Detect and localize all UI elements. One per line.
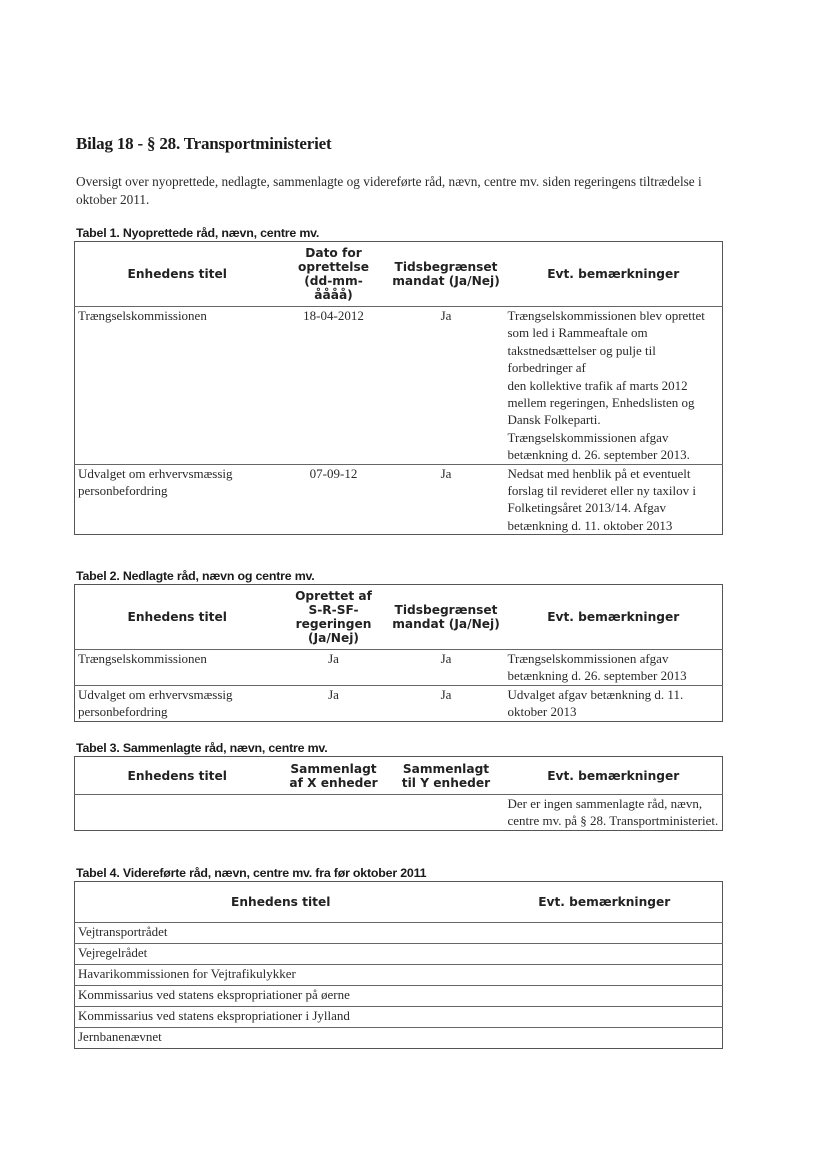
table-continued-units: Enhedens titel Evt. bemærkninger Vejtran… (74, 881, 723, 1049)
table-row: Udvalget om erhvervsmæssig personbefordr… (75, 464, 723, 535)
col-header-merged-to: Sammenlagt til Y enheder (388, 757, 505, 795)
cell-title: Trængselskommissionen (75, 650, 280, 686)
table-row: Der er ingen sammenlagte råd, nævn, cent… (75, 795, 723, 831)
cell-merged-from (280, 795, 388, 831)
cell-title: Udvalget om erhvervsmæssig personbefordr… (75, 685, 280, 721)
cell-mandate: Ja (388, 307, 505, 465)
cell-remarks (487, 1007, 723, 1028)
cell-remarks: Udvalget afgav betænkning d. 11. oktober… (505, 685, 723, 721)
table-row: Havarikommissionen for Vejtrafikulykker (75, 965, 723, 986)
cell-title: Jernbanenævnet (75, 1028, 487, 1049)
col-header-remarks: Evt. bemærkninger (505, 585, 723, 650)
table-header-row: Enhedens titel Evt. bemærkninger (75, 882, 723, 923)
cell-remarks (487, 986, 723, 1007)
intro-paragraph: Oversigt over nyoprettede, nedlagte, sam… (76, 173, 726, 209)
table1-caption: Tabel 1. Nyoprettede råd, nævn, centre m… (76, 226, 319, 240)
cell-title: Havarikommissionen for Vejtrafikulykker (75, 965, 487, 986)
table4-caption: Tabel 4. Videreførte råd, nævn, centre m… (76, 866, 426, 880)
col-header-mandate: Tidsbegrænset mandat (Ja/Nej) (388, 242, 505, 307)
cell-date: 07-09-12 (280, 464, 388, 535)
cell-title: Vejregelrådet (75, 944, 487, 965)
cell-date: 18-04-2012 (280, 307, 388, 465)
table-header-row: Enhedens titel Oprettet af S-R-SF-regeri… (75, 585, 723, 650)
cell-remarks (487, 923, 723, 944)
page-title: Bilag 18 - § 28. Transportministeriet (76, 134, 331, 154)
col-header-remarks: Evt. bemærkninger (505, 242, 723, 307)
col-header-title: Enhedens titel (75, 585, 280, 650)
table-row: Udvalget om erhvervsmæssig personbefordr… (75, 685, 723, 721)
col-header-date: Dato for oprettelse (dd-mm-åååå) (280, 242, 388, 307)
table-header-row: Enhedens titel Sammenlagt af X enheder S… (75, 757, 723, 795)
table-row: Vejregelrådet (75, 944, 723, 965)
table-new-units: Enhedens titel Dato for oprettelse (dd-m… (74, 241, 723, 535)
cell-remarks (487, 965, 723, 986)
table-closed-units: Enhedens titel Oprettet af S-R-SF-regeri… (74, 584, 723, 722)
col-header-merged-from: Sammenlagt af X enheder (280, 757, 388, 795)
cell-mandate: Ja (388, 464, 505, 535)
col-header-mandate: Tidsbegrænset mandat (Ja/Nej) (388, 585, 505, 650)
table-row: Vejtransportrådet (75, 923, 723, 944)
cell-mandate: Ja (388, 685, 505, 721)
cell-created-by-gov: Ja (280, 650, 388, 686)
col-header-title: Enhedens titel (75, 242, 280, 307)
table-row: Jernbanenævnet (75, 1028, 723, 1049)
cell-remarks (487, 944, 723, 965)
col-header-title: Enhedens titel (75, 757, 280, 795)
cell-remarks: Trængselskommissionen afgav betænkning d… (505, 650, 723, 686)
cell-remarks: Der er ingen sammenlagte råd, nævn, cent… (505, 795, 723, 831)
cell-title: Kommissarius ved statens ekspropriatione… (75, 986, 487, 1007)
cell-title: Trængselskommissionen (75, 307, 280, 465)
cell-mandate: Ja (388, 650, 505, 686)
col-header-remarks: Evt. bemærkninger (487, 882, 723, 923)
col-header-remarks: Evt. bemærkninger (505, 757, 723, 795)
table-merged-units: Enhedens titel Sammenlagt af X enheder S… (74, 756, 723, 831)
cell-title: Udvalget om erhvervsmæssig personbefordr… (75, 464, 280, 535)
col-header-title: Enhedens titel (75, 882, 487, 923)
table3-caption: Tabel 3. Sammenlagte råd, nævn, centre m… (76, 741, 327, 755)
cell-title (75, 795, 280, 831)
table-header-row: Enhedens titel Dato for oprettelse (dd-m… (75, 242, 723, 307)
cell-created-by-gov: Ja (280, 685, 388, 721)
cell-title: Kommissarius ved statens ekspropriatione… (75, 1007, 487, 1028)
table-row: Kommissarius ved statens ekspropriatione… (75, 986, 723, 1007)
table2-caption: Tabel 2. Nedlagte råd, nævn og centre mv… (76, 569, 315, 583)
cell-merged-to (388, 795, 505, 831)
cell-title: Vejtransportrådet (75, 923, 487, 944)
cell-remarks: Nedsat med henblik på et eventuelt forsl… (505, 464, 723, 535)
table-row: Trængselskommissionen Ja Ja Trængselskom… (75, 650, 723, 686)
col-header-created-by-gov: Oprettet af S-R-SF-regeringen (Ja/Nej) (280, 585, 388, 650)
table-row: Trængselskommissionen 18-04-2012 Ja Træn… (75, 307, 723, 465)
document-page: Bilag 18 - § 28. Transportministeriet Ov… (0, 0, 826, 1169)
cell-remarks: Trængselskommissionen blev oprettet som … (505, 307, 723, 465)
table-row: Kommissarius ved statens ekspropriatione… (75, 1007, 723, 1028)
cell-remarks (487, 1028, 723, 1049)
